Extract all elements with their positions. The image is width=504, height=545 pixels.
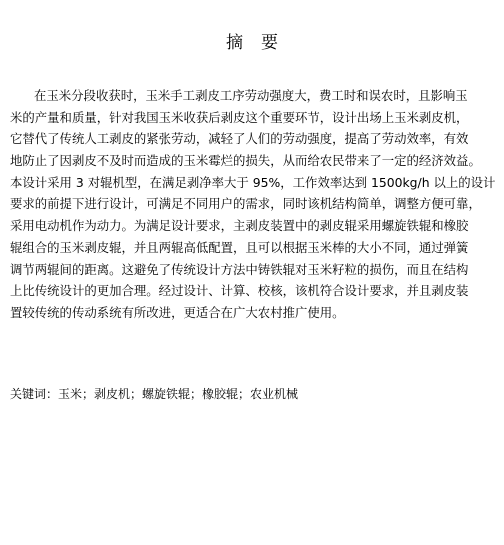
abstract-line: 辊组合的玉米剥皮辊，并且两辊高低配置，且可以根据玉米棒的大小不同，通过弹簧: [10, 237, 500, 259]
abstract-title: 摘要: [0, 32, 504, 54]
abstract-line: 本设计采用 3 对辊机型，在满足剥净率大于 95%，工作效率达到 1500kg/…: [10, 172, 500, 194]
abstract-line: 米的产量和质量，针对我国玉米收获后剥皮这个重要环节，设计出场上玉米剥皮机，: [10, 107, 500, 129]
title-char-1: 摘: [226, 32, 243, 54]
abstract-line: 置较传统的传动系统有所改进，更适合在广大农村推广使用。: [10, 302, 500, 324]
abstract-line: 要求的前提下进行设计，可满足不同用户的需求，同时该机结构简单，调整方便可靠，: [10, 193, 500, 215]
abstract-line: 在玉米分段收获时，玉米手工剥皮工序劳动强度大，费工时和误农时，且影响玉: [10, 85, 500, 107]
abstract-line: 地防止了因剥皮不及时而造成的玉米霉烂的损失，从而给农民带来了一定的经济效益。: [10, 150, 500, 172]
title-char-2: 要: [261, 32, 278, 54]
keywords-text: 玉米；剥皮机；螺旋铁辊；橡胶辊；农业机械: [58, 387, 298, 401]
keywords-label: 关键词：: [10, 387, 58, 401]
keywords-line: 关键词：玉米；剥皮机；螺旋铁辊；橡胶辊；农业机械: [10, 383, 298, 405]
abstract-line: 它替代了传统人工剥皮的紧张劳动，减轻了人们的劳动强度，提高了劳动效率，有效: [10, 128, 500, 150]
abstract-body: 在玉米分段收获时，玉米手工剥皮工序劳动强度大，费工时和误农时，且影响玉 米的产量…: [10, 85, 500, 324]
abstract-line: 上比传统设计的更加合理。经过设计、计算、校核，该机符合设计要求，并且剥皮装: [10, 280, 500, 302]
abstract-line: 调节两辊间的距离。这避免了传统设计方法中铸铁辊对玉米籽粒的损伤，而且在结构: [10, 259, 500, 281]
abstract-line: 采用电动机作为动力。为满足设计要求，主剥皮装置中的剥皮辊采用螺旋铁辊和橡胶: [10, 215, 500, 237]
